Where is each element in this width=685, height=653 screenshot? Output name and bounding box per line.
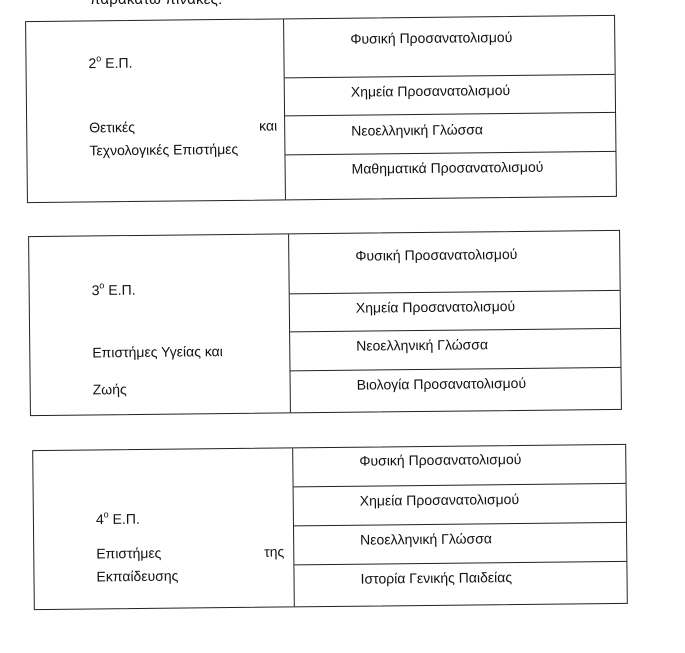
field-name-line1: Επιστήμεςτης bbox=[96, 543, 284, 561]
field-cell-2: 2o Ε.Π. Θετικέςκαι Τεχνολογικές Επιστήμε… bbox=[26, 19, 286, 202]
subject-cell: Χημεία Προσανατολισμού bbox=[285, 75, 615, 116]
field-name-line2: Τεχνολογικές Επιστήμες bbox=[89, 141, 238, 159]
subject-cell: Νεοελληνική Γλώσσα bbox=[285, 113, 615, 155]
field-number: 2o Ε.Π. bbox=[88, 54, 132, 71]
subjects-list-4: Φυσική Προσανατολισμού Χημεία Προσανατολ… bbox=[293, 445, 627, 606]
field-table-4: 4o Ε.Π. Επιστήμεςτης Εκπαίδευσης Φυσική … bbox=[32, 444, 628, 610]
field-name-line2: Ζωής bbox=[93, 381, 127, 397]
subject-cell: Φυσική Προσανατολισμού bbox=[289, 231, 620, 294]
subject-cell: Νεοελληνική Γλώσσα bbox=[294, 523, 626, 565]
subject-cell: Χημεία Προσανατολισμού bbox=[294, 484, 626, 526]
subject-cell: Ιστορία Γενικής Παιδείας bbox=[294, 562, 626, 606]
subjects-list-2: Φυσική Προσανατολισμού Χημεία Προσανατολ… bbox=[284, 16, 616, 199]
subject-cell: Χημεία Προσανατολισμού bbox=[290, 291, 620, 332]
intro-text-fragment: παρακάτω πίνακες: bbox=[90, 0, 222, 8]
field-table-3: 3o Ε.Π. Επιστήμες Υγείας και Ζωής Φυσική… bbox=[28, 230, 622, 416]
field-table-2: 2o Ε.Π. Θετικέςκαι Τεχνολογικές Επιστήμε… bbox=[25, 15, 617, 203]
subject-cell: Νεοελληνική Γλώσσα bbox=[290, 329, 620, 371]
subject-cell: Βιολογία Προσανατολισμού bbox=[291, 368, 621, 412]
field-cell-4: 4o Ε.Π. Επιστήμεςτης Εκπαίδευσης bbox=[33, 448, 295, 609]
field-name-line1: Επιστήμες Υγείας και bbox=[92, 343, 223, 360]
field-cell-3: 3o Ε.Π. Επιστήμες Υγείας και Ζωής bbox=[29, 234, 291, 415]
field-number: 3o Ε.Π. bbox=[92, 281, 136, 298]
field-name-line2: Εκπαίδευσης bbox=[96, 568, 178, 585]
subject-cell: Φυσική Προσανατολισμού bbox=[284, 16, 615, 78]
field-number: 4o Ε.Π. bbox=[96, 510, 140, 527]
subject-cell: Μαθηματικά Προσανατολισμού bbox=[285, 152, 615, 199]
field-name-line1: Θετικέςκαι bbox=[89, 117, 277, 135]
subject-cell: Φυσική Προσανατολισμού bbox=[293, 445, 625, 487]
subjects-list-3: Φυσική Προσανατολισμού Χημεία Προσανατολ… bbox=[289, 231, 621, 412]
